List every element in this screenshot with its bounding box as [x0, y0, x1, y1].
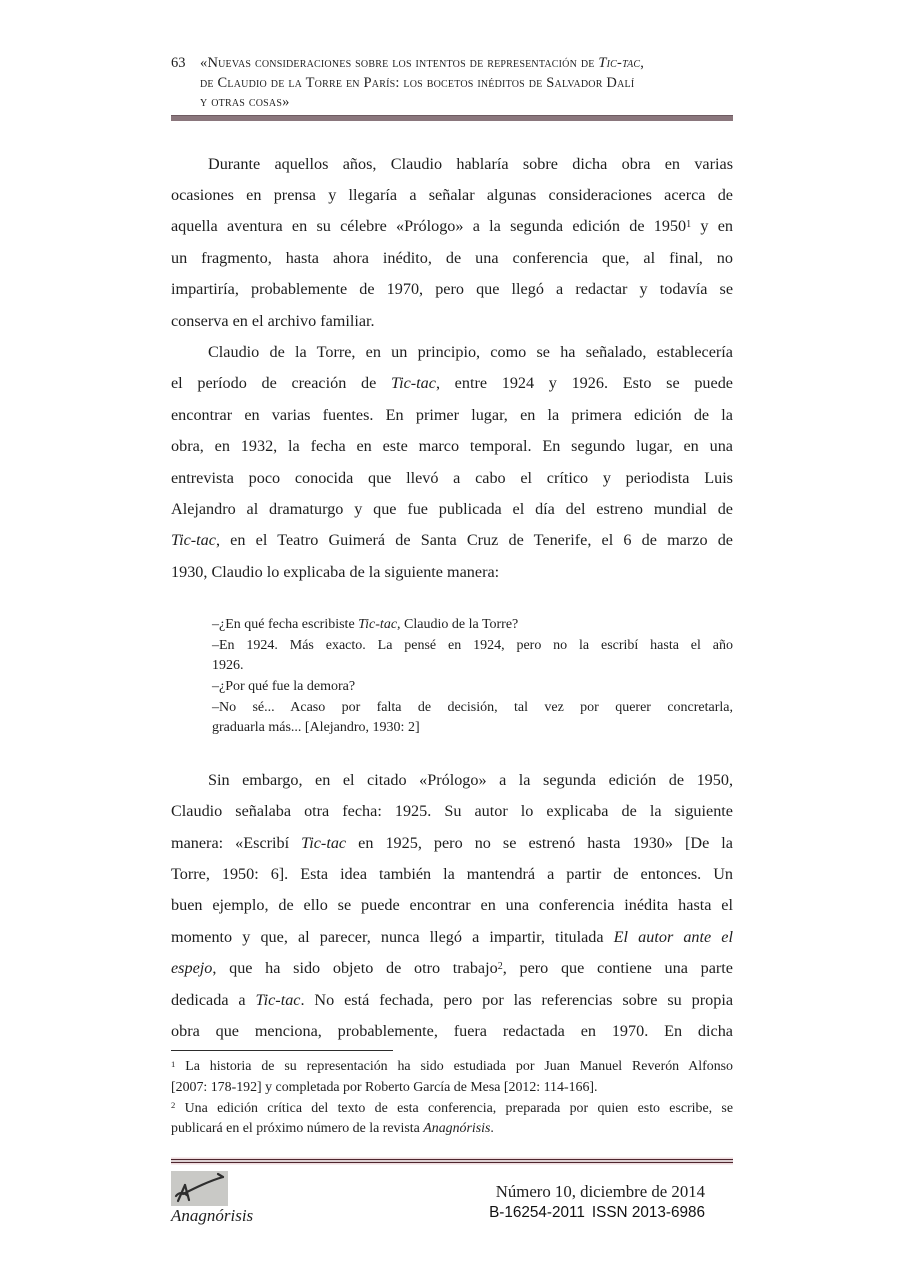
text-line: publicará en el próximo número de la rev… [171, 1119, 733, 1140]
block-quote: –¿En qué fecha escribiste Tic-tac, Claud… [212, 615, 733, 739]
text-line: –¿En qué fecha escribiste Tic-tac, Claud… [212, 615, 733, 636]
footer-rule [171, 1159, 733, 1163]
text-line: aquella aventura en su célebre «Prólogo»… [171, 211, 733, 242]
text-line: un fragmento, hasta ahora inédito, de un… [171, 243, 733, 274]
text-line: obra, en 1932, la fecha en este marco te… [171, 431, 733, 462]
text-line: Sin embargo, en el citado «Prólogo» a la… [171, 765, 733, 796]
running-title-line: y otras cosas» [200, 93, 644, 113]
issn-number: ISSN 2013-6986 [592, 1204, 705, 1221]
paragraph: Claudio de la Torre, en un principio, co… [171, 337, 733, 588]
text-line: [2007: 178-192] y completada por Roberto… [171, 1078, 733, 1099]
text-line: 1926. [212, 656, 733, 677]
issn-line: B-16254-2011ISSN 2013-6986 [489, 1202, 705, 1223]
journal-logo-icon [171, 1171, 228, 1206]
journal-page: 63 «Nuevas consideraciones sobre los int… [0, 0, 906, 1280]
text-line: el período de creación de Tic-tac, entre… [171, 368, 733, 399]
text-line: manera: «Escribí Tic-tac en 1925, pero n… [171, 828, 733, 859]
footnote: 2 Una edición crítica del texto de esta … [171, 1099, 733, 1140]
text-line: –¿Por qué fue la demora? [212, 677, 733, 698]
text-line: encontrar en varias fuentes. En primer l… [171, 400, 733, 431]
text-line: Claudio de la Torre, en un principio, co… [171, 337, 733, 368]
footer-issue-info: Número 10, diciembre de 2014 B-16254-201… [489, 1181, 705, 1223]
page-number: 63 [171, 54, 200, 113]
text-line: entrevista poco conocida que llevó a cab… [171, 463, 733, 494]
text-line: conserva en el archivo familiar. [171, 306, 733, 337]
text-line: 1930, Claudio lo explicaba de la siguien… [171, 557, 733, 588]
text-line: Tic-tac, en el Teatro Guimerá de Santa C… [171, 525, 733, 556]
text-line: Alejandro al dramaturgo y que fue public… [171, 494, 733, 525]
text-line: –No sé... Acaso por falta de decisión, t… [212, 698, 733, 719]
text-line: buen ejemplo, de ello se puede encontrar… [171, 890, 733, 921]
page-header: 63 «Nuevas consideraciones sobre los int… [171, 0, 733, 113]
journal-name: Anagnórisis [171, 1204, 253, 1228]
text-line: impartiría, probablemente de 1970, pero … [171, 274, 733, 305]
text-line: –En 1924. Más exacto. La pensé en 1924, … [212, 636, 733, 657]
text-line: Torre, 1950: 6]. Esta idea también la ma… [171, 859, 733, 890]
text-line: momento y que, al parecer, nunca llegó a… [171, 922, 733, 953]
header-rule [171, 115, 733, 121]
deposit-number: B-16254-2011 [489, 1204, 585, 1221]
footnote-separator [171, 1050, 393, 1051]
paragraph: Sin embargo, en el citado «Prólogo» a la… [171, 765, 733, 1048]
running-title-line: de Claudio de la Torre en París: los boc… [200, 74, 644, 94]
text-line: Durante aquellos años, Claudio hablaría … [171, 149, 733, 180]
text-line: ocasiones en prensa y llegaría a señalar… [171, 180, 733, 211]
article-body: Durante aquellos años, Claudio hablaría … [171, 149, 733, 1048]
paragraph: Durante aquellos años, Claudio hablaría … [171, 149, 733, 337]
text-line: obra que menciona, probablemente, fuera … [171, 1016, 733, 1047]
text-line: Claudio señalaba otra fecha: 1925. Su au… [171, 796, 733, 827]
text-line: dedicada a Tic-tac. No está fechada, per… [171, 985, 733, 1016]
text-line: 1 La historia de su representación ha si… [171, 1057, 733, 1078]
page-content: 63 «Nuevas consideraciones sobre los int… [171, 0, 733, 1140]
text-line: espejo, que ha sido objeto de otro traba… [171, 953, 733, 984]
footnotes: 1 La historia de su representación ha si… [171, 1057, 733, 1139]
issue-line: Número 10, diciembre de 2014 [489, 1181, 705, 1202]
text-line: 2 Una edición crítica del texto de esta … [171, 1099, 733, 1120]
running-title-line: «Nuevas consideraciones sobre los intent… [200, 54, 644, 74]
text-line: graduarla más... [Alejandro, 1930: 2] [212, 718, 733, 739]
running-title: «Nuevas consideraciones sobre los intent… [200, 54, 644, 113]
footnote: 1 La historia de su representación ha si… [171, 1057, 733, 1098]
